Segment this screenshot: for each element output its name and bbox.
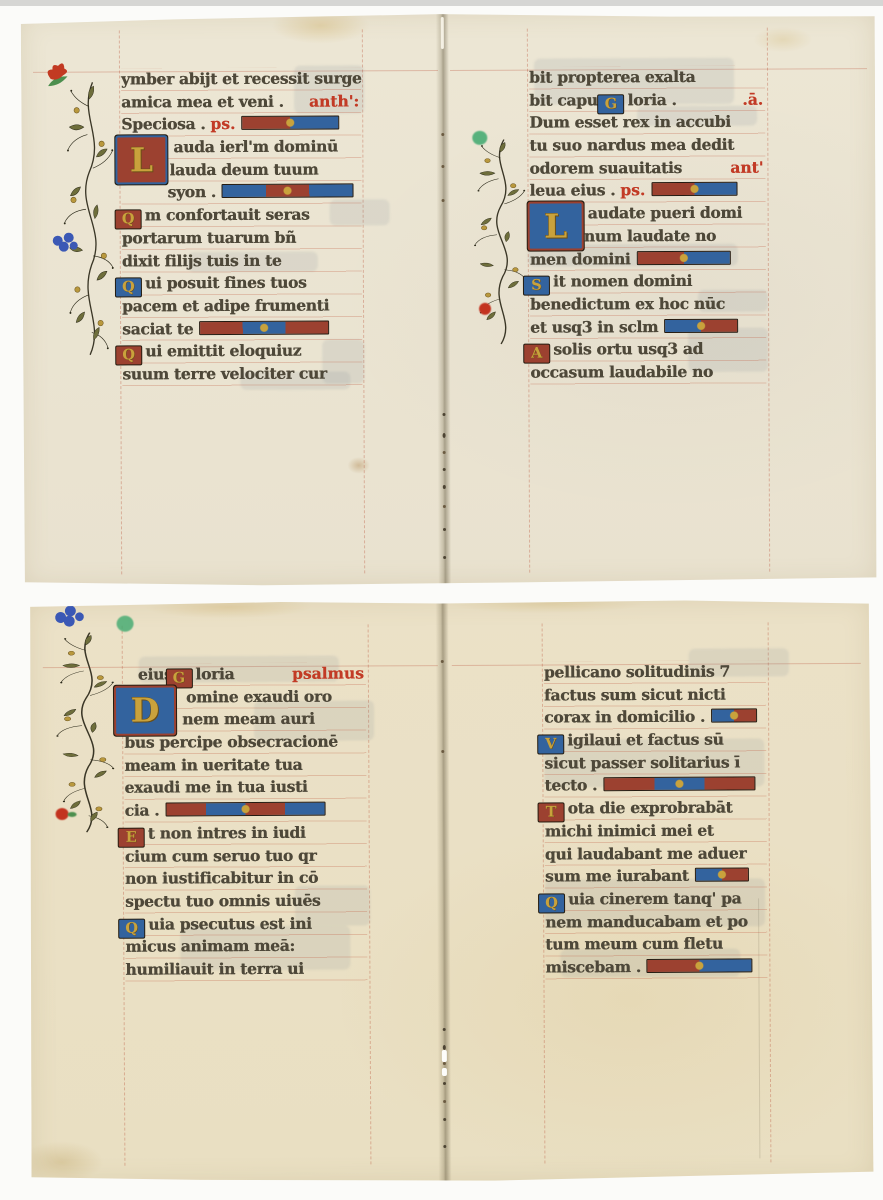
bifolium-bottom: eiusGloriapsalmusDomine exaudi oronem me… — [28, 598, 873, 1184]
line-filler-ornament — [636, 250, 730, 264]
manuscript-text-line: Qm confortauit seras — [122, 204, 362, 228]
latin-text: corax in domicilio . — [544, 707, 705, 727]
manuscript-text-line: humiliauit in terra ui — [125, 957, 367, 981]
latin-text: ymber abijt et recessit surge — [121, 68, 361, 88]
illuminated-initial: Q — [119, 919, 144, 937]
manuscript-text-line: corax in domicilio . — [544, 706, 766, 730]
foliate-border-decoration — [57, 78, 120, 358]
manuscript-text-line: bit caputGloria ..ā. — [529, 88, 765, 112]
illuminated-initial: A — [524, 345, 549, 363]
latin-text: pacem et adipe frumenti — [122, 295, 329, 315]
latin-text: nem manducabam et po — [545, 911, 748, 931]
illuminated-initial: Q — [116, 210, 141, 228]
latin-text: et usq3 in sclm — [530, 317, 658, 337]
text-block: ymber abijt et recessit surgeamica mea e… — [121, 67, 362, 388]
marginal-blue-flower — [48, 602, 88, 633]
latin-text: ui emittit eloquiuz — [145, 341, 301, 361]
latin-text: igilaui et factus sū — [567, 730, 723, 750]
page-bottom-right: pellicano solitudinis 7factus sum sicut … — [441, 598, 873, 1182]
manuscript-text-line: Quia cinerem tanq' pa — [545, 887, 767, 911]
berry-leaf — [68, 812, 77, 817]
latin-text: bus percipe obsecracionē — [124, 732, 338, 752]
manuscript-text-line: non iustificabitur in cō — [125, 867, 367, 891]
manuscript-text-line: men domini — [530, 247, 766, 271]
latin-text: t non intres in iudi — [148, 823, 306, 843]
illuminated-initial: Q — [116, 347, 141, 365]
manuscript-text-line: pellicano solitudinis 7 — [544, 660, 766, 684]
manuscript-text-line: sum me iurabant — [545, 865, 767, 889]
manuscript-text-line: saciat te — [122, 317, 362, 341]
manuscript-text-line: Laudate pueri domi — [530, 202, 766, 226]
latin-text: num laudate no — [584, 226, 716, 246]
latin-text: it nomen domini — [553, 271, 692, 291]
manuscript-text-line: portarum tuarum bñ — [122, 226, 362, 250]
manuscript-text-line: sicut passer solitarius ī — [544, 751, 766, 775]
manuscript-text-line: Sit nomen domini — [530, 270, 766, 294]
manuscript-text-line: factus sum sicut nicti — [544, 683, 766, 707]
manuscript-text-line: exaudi me in tua iusti — [124, 776, 366, 800]
latin-text: Speciosa . — [121, 114, 205, 133]
latin-text: syon . — [167, 182, 215, 201]
latin-text: non iustificabitur in cō — [125, 868, 318, 888]
line-filler-ornament — [241, 116, 339, 130]
marginal-green-dot — [472, 131, 487, 145]
manuscript-text-line: eiusGloriapsalmus — [124, 662, 366, 686]
latin-text: portarum tuarum bñ — [122, 227, 296, 247]
latin-text: tecto . — [544, 776, 597, 795]
rubric: psalmus — [292, 662, 364, 685]
illuminated-initial: G — [166, 669, 191, 687]
manuscript-text-line: Tota die exprobrabāt — [545, 796, 767, 820]
latin-text: sum me iurabant — [545, 866, 689, 886]
manuscript-text-line: Quia psecutus est ini — [125, 912, 367, 936]
text-block: bit propterea exaltabit caputGloria ..ā.… — [529, 66, 766, 387]
foliate-border-decoration — [49, 630, 122, 835]
illuminated-initial: E — [119, 828, 144, 846]
latin-text: uia cinerem tanq' pa — [568, 888, 741, 908]
latin-text: sicut passer solitarius ī — [544, 752, 740, 772]
latin-text: suum terre velociter cur — [122, 363, 326, 383]
latin-text: exaudi me in tua iusti — [124, 777, 307, 797]
bifolium-top: ymber abijt et recessit surgeamica mea e… — [21, 11, 877, 587]
latin-text: men domini — [530, 249, 631, 268]
rubric: anth': — [309, 90, 359, 113]
manuscript-text-line: nem meam auri — [124, 708, 366, 732]
manuscript-text-line: meam in ueritate tua — [124, 753, 366, 777]
foliate-border-decoration — [467, 137, 532, 347]
manuscript-text-line: qui laudabant me aduer — [545, 842, 767, 866]
page-bottom-left: eiusGloriapsalmusDomine exaudi oronem me… — [28, 600, 444, 1184]
manuscript-text-line: bit propterea exalta — [529, 66, 765, 90]
latin-text: Dum esset rex in accubi — [529, 112, 731, 132]
line-filler-ornament — [647, 958, 753, 973]
latin-text: micus animam meā: — [125, 936, 295, 956]
latin-text: bit propterea exalta — [529, 67, 695, 87]
page-top-left: ymber abijt et recessit surgeamica mea e… — [21, 13, 444, 587]
latin-text: loria — [195, 664, 234, 683]
latin-text: leua eius . — [529, 181, 615, 200]
manuscript-text-line: dixit filijs tuis in te — [122, 249, 362, 273]
manuscript-text-line: occasum laudabile no — [530, 361, 766, 385]
line-filler-ornament — [651, 182, 737, 196]
latin-text: qui laudabant me aduer — [545, 843, 747, 863]
manuscript-text-line: cium cum seruo tuo qr — [125, 844, 367, 868]
latin-text: benedictum ex hoc nūc — [530, 294, 725, 314]
line-filler-ornament — [664, 318, 738, 332]
line-filler-ornament — [222, 184, 354, 199]
line-filler-ornament — [165, 802, 325, 817]
marginal-blue-flower — [50, 233, 80, 255]
manuscript-text-line: leua eius .ps. — [529, 179, 765, 203]
latin-text: michi inimici mei et — [545, 820, 714, 840]
latin-text: ui posuit fines tuos — [145, 273, 307, 293]
latin-text: humiliauit in terra ui — [125, 959, 303, 979]
illuminated-initial: G — [598, 95, 623, 113]
manuscript-text-line: tu suo nardus mea dedit — [529, 134, 765, 158]
page-top-right: bit propterea exaltabit caputGloria ..ā.… — [442, 11, 877, 585]
marginal-red-dot — [479, 303, 491, 315]
text-block: eiusGloriapsalmusDomine exaudi oronem me… — [124, 662, 368, 983]
rubric: ps. — [210, 114, 235, 133]
manuscript-text-line: syon . — [121, 181, 361, 205]
manuscript-text-line: Domine exaudi oro — [124, 685, 366, 709]
latin-text: ota die exprobrabāt — [568, 798, 733, 818]
manuscript-text-line: Asolis ortu usq3 ad — [530, 338, 766, 362]
latin-text: omine exaudi oro — [186, 686, 332, 706]
latin-text: solis ortu usq3 ad — [553, 339, 703, 359]
illuminated-initial: Q — [539, 894, 564, 912]
manuscript-text-line: nem manducabam et po — [545, 910, 767, 934]
latin-text: amica mea et veni . — [121, 91, 284, 111]
manuscript-text-line: suum terre velociter cur — [122, 362, 362, 386]
manuscript-text-line: spectu tuo omnis uiuēs — [125, 889, 367, 913]
manuscript-text-line: num laudate no — [530, 224, 766, 248]
manuscript-text-line: Qui posuit fines tuos — [122, 272, 362, 296]
manuscript-text-line: ymber abijt et recessit surge — [121, 67, 361, 91]
latin-text: lauda deum tuum — [169, 159, 318, 179]
marginal-green-dot — [117, 616, 134, 632]
latin-text: nem meam auri — [182, 709, 315, 729]
latin-text: uia psecutus est ini — [148, 913, 312, 933]
latin-text: factus sum sicut nicti — [544, 684, 726, 704]
line-filler-ornament — [695, 868, 749, 882]
manuscript-text-line: Vigilaui et factus sū — [544, 728, 766, 752]
latin-text: meam in ueritate tua — [124, 755, 302, 775]
rubric: ps. — [620, 181, 645, 200]
manuscript-text-line: micus animam meā: — [125, 935, 367, 959]
latin-text: loria . — [627, 90, 676, 109]
latin-text: odorem suauitatis — [529, 158, 682, 178]
line-filler-ornament — [603, 777, 755, 792]
scanner-edge-strip — [0, 0, 883, 6]
text-block: pellicano solitudinis 7factus sum sicut … — [544, 660, 768, 981]
manuscript-text-line: odorem suauitatisant' — [529, 156, 765, 180]
illuminated-initial: S — [524, 277, 549, 295]
rubric: .ā. — [742, 88, 763, 111]
manuscript-text-line: michi inimici mei et — [545, 819, 767, 843]
latin-text: bit caput — [529, 90, 604, 109]
latin-text: occasum laudabile no — [530, 362, 713, 382]
latin-text: auda ierl'm dominū — [173, 137, 338, 157]
latin-text: cium cum seruo tuo qr — [125, 845, 317, 865]
latin-text: saciat te — [122, 319, 193, 338]
line-filler-ornament — [711, 709, 757, 723]
latin-text: cia . — [125, 801, 160, 820]
manuscript-text-line: Speciosa .ps. — [121, 113, 361, 137]
manuscript-text-line: miscebam . — [545, 955, 767, 979]
manuscript-text-line: bus percipe obsecracionē — [124, 731, 366, 755]
ruling-line — [768, 622, 772, 1162]
manuscript-text-line: et usq3 in sclm — [530, 315, 766, 339]
manuscript-text-line: amica mea et veni .anth': — [121, 90, 361, 114]
line-filler-ornament — [199, 320, 329, 335]
illuminated-initial: Q — [116, 279, 141, 297]
latin-text: m confortauit seras — [145, 205, 310, 225]
scanner-background: ymber abijt et recessit surgeamica mea e… — [0, 0, 883, 1200]
manuscript-text-line: lauda deum tuum — [121, 158, 361, 182]
manuscript-text-line: Qui emittit eloquiuz — [122, 340, 362, 364]
latin-text: miscebam . — [545, 957, 640, 976]
illuminated-initial: T — [539, 804, 564, 822]
rubric: ant' — [730, 156, 763, 179]
latin-text: dixit filijs tuis in te — [122, 250, 282, 270]
latin-text: spectu tuo omnis uiuēs — [125, 891, 320, 911]
manuscript-text-line: Dum esset rex in accubi — [529, 111, 765, 135]
manuscript-text-line: Et non intres in iudi — [125, 821, 367, 845]
latin-text: tum meum cum fletu — [545, 934, 723, 954]
manuscript-text-line: Lauda ierl'm dominū — [121, 135, 361, 159]
latin-text: audate pueri domi — [588, 203, 742, 223]
manuscript-text-line: tecto . — [544, 774, 766, 798]
latin-text: pellicano solitudinis 7 — [544, 662, 730, 682]
latin-text: tu suo nardus mea dedit — [529, 135, 734, 155]
manuscript-text-line: benedictum ex hoc nūc — [530, 292, 766, 316]
manuscript-text-line: pacem et adipe frumenti — [122, 294, 362, 318]
illuminated-initial: V — [538, 735, 563, 753]
manuscript-text-line: tum meum cum fletu — [545, 933, 767, 957]
manuscript-text-line: cia . — [125, 799, 367, 823]
